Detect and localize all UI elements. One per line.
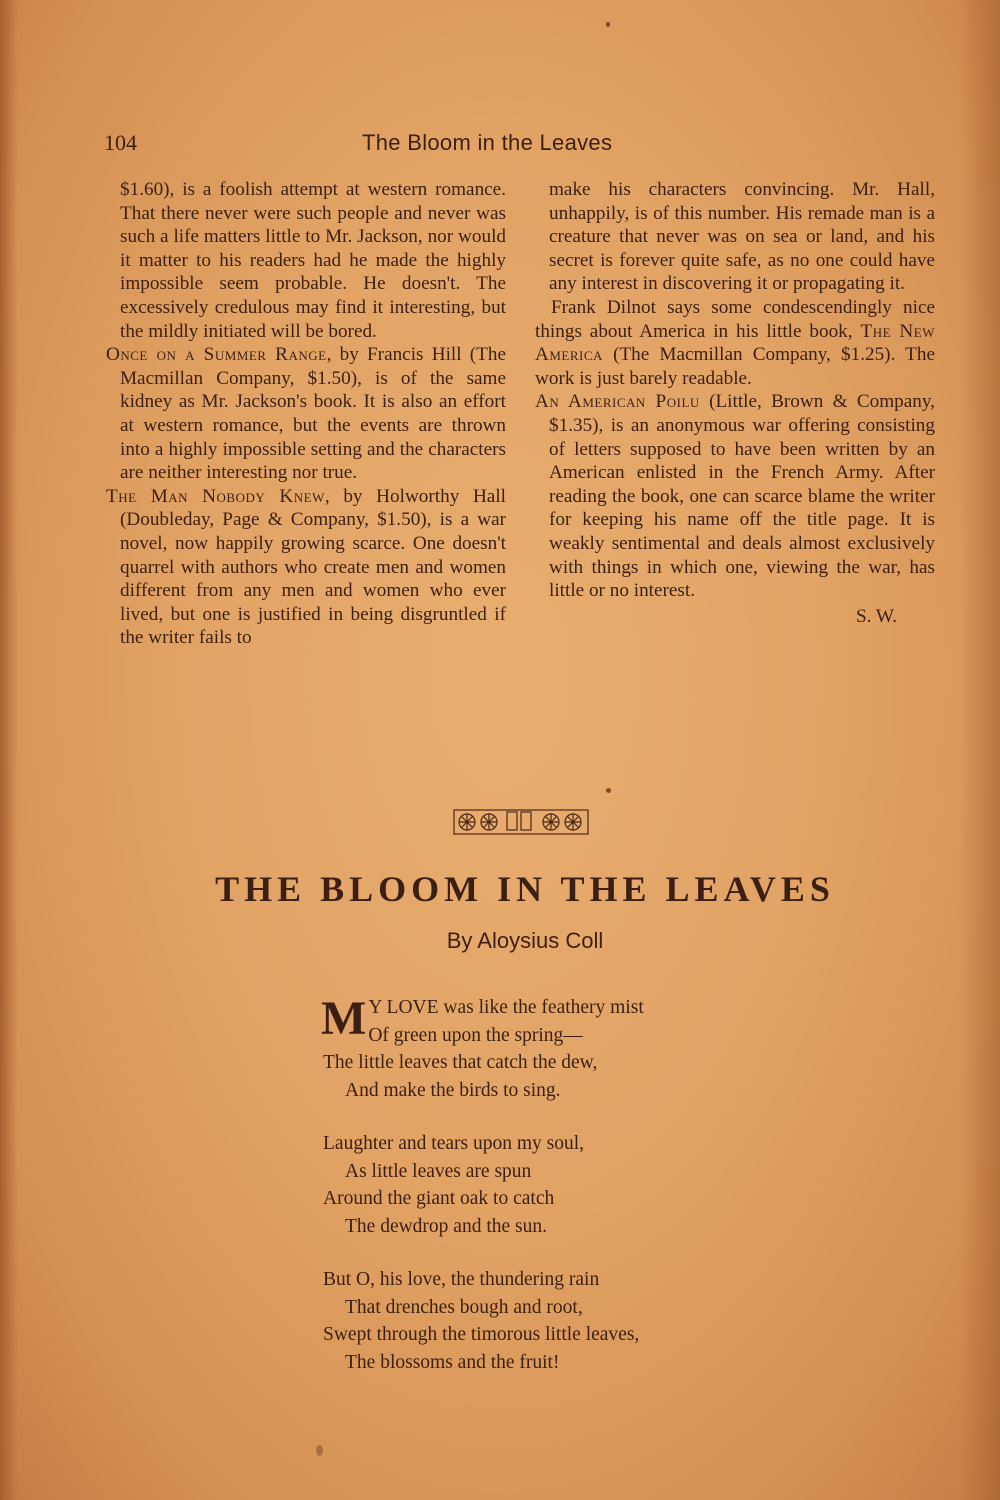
- poem-line: Laughter and tears upon my soul,: [323, 1130, 823, 1158]
- book-title: Once on a Summer Range: [106, 344, 327, 365]
- poem-body: M Y LOVE was like the feathery mist Of g…: [323, 994, 823, 1402]
- poem-line: The little leaves that catch the dew,: [323, 1049, 823, 1077]
- paper-spot: [606, 788, 611, 793]
- stanza: Laughter and tears upon my soul, As litt…: [323, 1130, 823, 1240]
- left-column: $1.60), is a foolish attempt at western …: [106, 178, 506, 650]
- book-title: The Man Nobody Knew: [106, 486, 325, 507]
- drop-cap: M: [321, 1000, 366, 1038]
- poem-line: Swept through the timorous little leaves…: [323, 1321, 823, 1349]
- poem-line: Y LOVE was like the feathery mist: [323, 994, 823, 1022]
- review-continuation: $1.60), is a foolish attempt at western …: [106, 178, 506, 343]
- running-title: The Bloom in the Leaves: [362, 130, 612, 156]
- page-edge-left: [0, 0, 18, 1500]
- page-edge-right: [960, 0, 1000, 1500]
- book-title: An American Poilu: [535, 391, 700, 412]
- page-number: 104: [104, 130, 137, 156]
- poem-line: Around the giant oak to catch: [323, 1185, 823, 1213]
- poem-byline: By Aloysius Coll: [0, 928, 1000, 954]
- reviewer-signature: S. W.: [535, 605, 935, 629]
- paper-spot: [316, 1445, 323, 1456]
- review-text: , by Holworthy Hall (Doubleday, Page & C…: [120, 486, 506, 649]
- floral-ornament-icon: [453, 808, 589, 836]
- stanza: But O, his love, the thundering rain Tha…: [323, 1266, 823, 1376]
- poem-line: The dewdrop and the sun.: [323, 1213, 823, 1241]
- review-once-on-a-summer-range: Once on a Summer Range, by Francis Hill …: [106, 343, 506, 485]
- paper-spot: [606, 22, 610, 27]
- poem-line: The blossoms and the fruit!: [323, 1349, 823, 1377]
- right-column: make his characters convincing. Mr. Hall…: [535, 178, 935, 628]
- poem-line: Of green upon the spring—: [323, 1022, 823, 1050]
- book-page: 104 The Bloom in the Leaves $1.60), is a…: [0, 0, 1000, 1500]
- running-head: 104 The Bloom in the Leaves: [104, 130, 934, 160]
- poem-line: That drenches bough and root,: [323, 1294, 823, 1322]
- review-text: (Little, Brown & Company, $1.35), is an …: [549, 391, 935, 601]
- review-an-american-poilu: An American Poilu (Little, Brown & Compa…: [535, 390, 935, 602]
- poem-line: And make the birds to sing.: [323, 1077, 823, 1105]
- review-the-man-nobody-knew: The Man Nobody Knew, by Holworthy Hall (…: [106, 485, 506, 650]
- poem-line: As little leaves are spun: [323, 1158, 823, 1186]
- review-continuation: make his characters convincing. Mr. Hall…: [535, 178, 935, 296]
- review-the-new-america: Frank Dilnot says some condescendingly n…: [535, 296, 935, 390]
- poem-line: But O, his love, the thundering rain: [323, 1266, 823, 1294]
- stanza: M Y LOVE was like the feathery mist Of g…: [323, 994, 823, 1104]
- poem-title: THE BLOOM IN THE LEAVES: [0, 868, 1000, 910]
